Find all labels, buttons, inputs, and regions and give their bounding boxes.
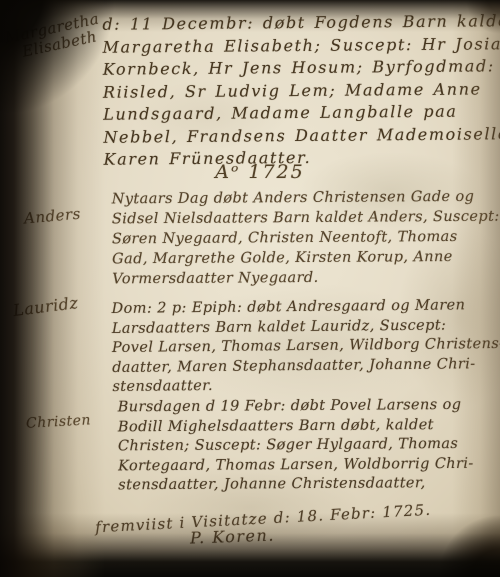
- manuscript-line: Lundsgaard, Madame Langballe paa: [103, 100, 495, 126]
- manuscript-line: d: 11 Decembr: døbt Fogdens Barn kaldet: [102, 10, 494, 36]
- margin-note-christen: Christen: [26, 412, 92, 431]
- manuscript-line: Christen; Suscept: Søger Hylgaard, Thoma…: [118, 435, 498, 457]
- manuscript-line: Gad, Margrethe Golde, Kirsten Korup, Ann…: [112, 247, 496, 270]
- baptism-entry-margaretha: d: 11 Decembr: døbt Fogdens Barn kaldet …: [102, 10, 495, 171]
- manuscript-line: stensdaatter.: [112, 374, 496, 398]
- register-page-photo: Margaretha Elisabeth Anders Lauridz Chri…: [0, 0, 500, 577]
- manuscript-line: Kortegaard, Thomas Larsen, Woldborrig Ch…: [118, 454, 498, 476]
- baptism-entry-lauridz: Dom: 2 p: Epiph: døbt Andresgaard og Mar…: [112, 296, 497, 398]
- manuscript-line: Vormersdaatter Nyegaard.: [112, 267, 496, 290]
- manuscript-line: Søren Nyegaard, Christen Neentoft, Thoma…: [112, 227, 496, 250]
- baptism-entry-christen: Bursdagen d 19 Febr: døbt Povel Larsens …: [118, 396, 499, 496]
- manuscript-line: Nytaars Dag døbt Anders Christensen Gade…: [112, 187, 496, 210]
- manuscript-line: Nebbel, Frandsens Daatter Mademoiselle: [103, 123, 495, 149]
- year-heading-1725: Aᵒ 1725: [120, 161, 400, 183]
- pastor-signature: P. Koren.: [190, 526, 275, 548]
- baptism-entry-anders: Nytaars Dag døbt Anders Christensen Gade…: [112, 187, 497, 290]
- manuscript-line: Kornbeck, Hr Jens Hosum; Byrfogdmad:: [103, 55, 495, 81]
- manuscript-line: Sidsel Nielsdaatters Barn kaldet Anders,…: [112, 207, 496, 230]
- manuscript-line: Bodill Mighelsdaatters Barn døbt, kaldet: [118, 415, 498, 437]
- manuscript-line: daatter, Maren Stephansdaatter, Johanne …: [112, 354, 496, 378]
- manuscript-line: stensdaatter, Johanne Christensdaatter,: [118, 474, 498, 496]
- manuscript-line: Bursdagen d 19 Febr: døbt Povel Larsens …: [118, 396, 498, 418]
